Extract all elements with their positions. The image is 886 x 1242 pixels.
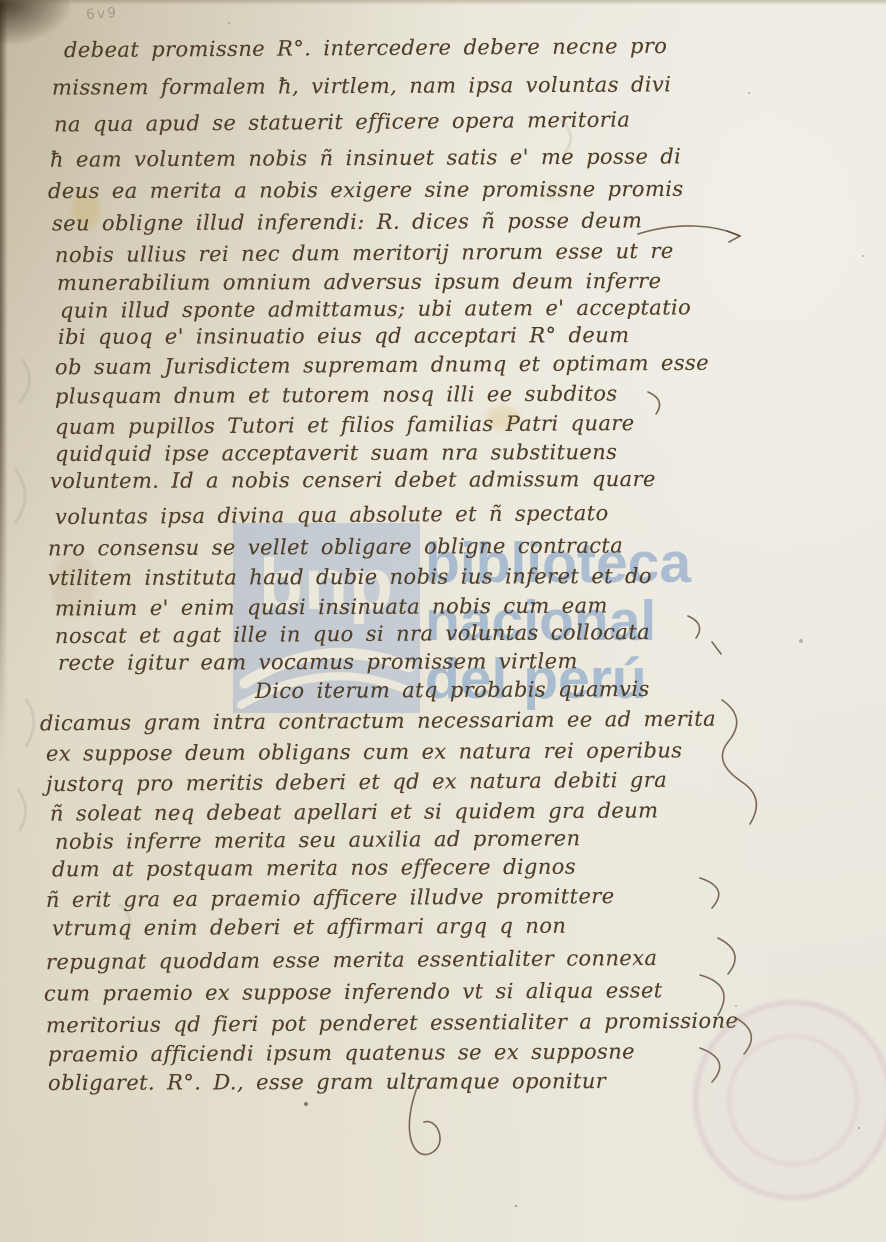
library-stamp-inner-ring	[727, 1034, 859, 1166]
library-stamp	[693, 1000, 886, 1200]
manuscript-page: 6v9 bnp biblioteca nacional del perú deb…	[0, 0, 886, 1242]
